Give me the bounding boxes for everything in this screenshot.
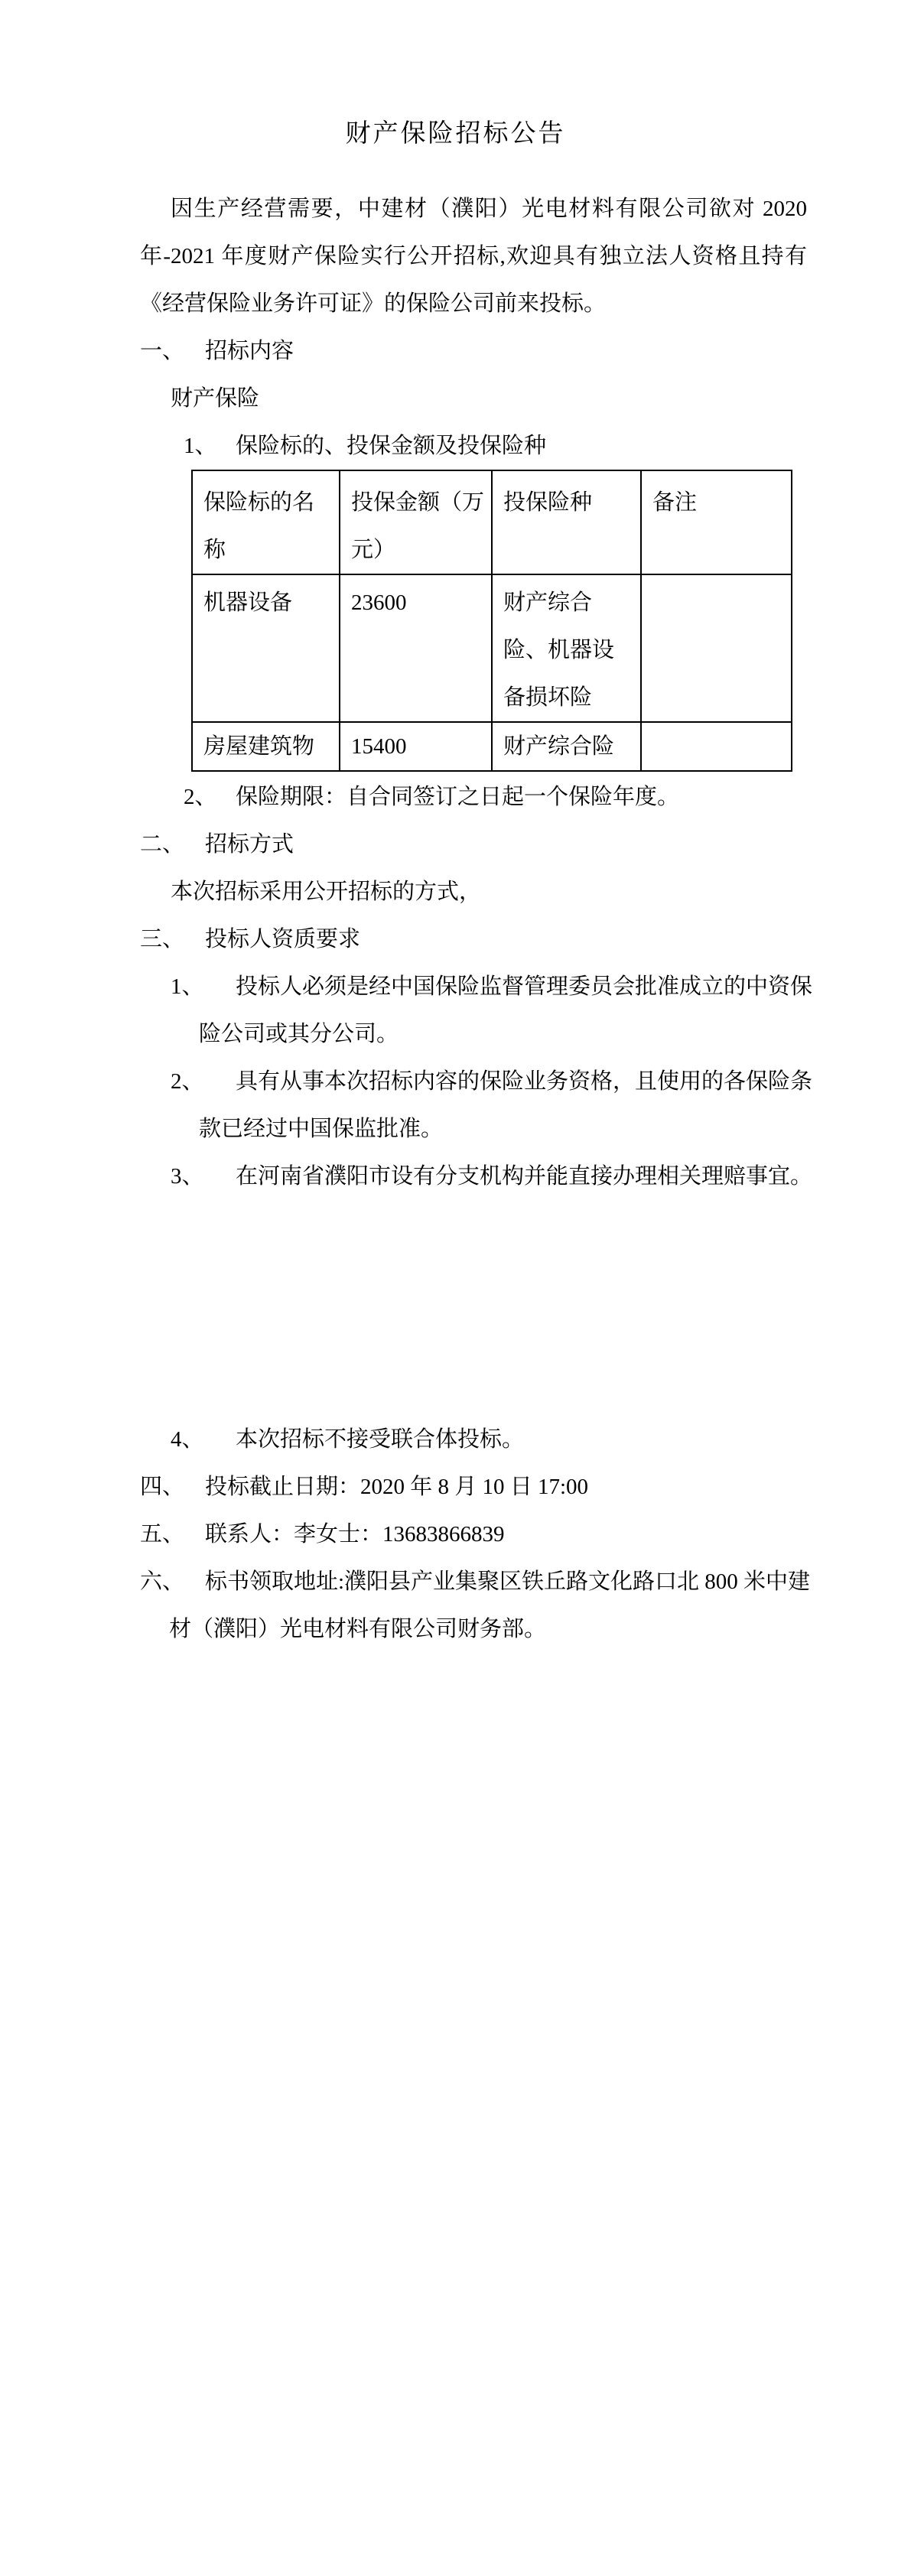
intro-paragraph: 因生产经营需要，中建材（濮阳）光电材料有限公司欲对 2020 年-2021 年度… <box>140 185 807 327</box>
section3-item4: 4、本次招标不接受联合体投标。 <box>199 1416 828 1463</box>
table-header-row: 保险标的名称 投保金额（万元） 投保险种 备注 <box>192 470 792 574</box>
table-cell-coverage: 财产综合险、机器设备损坏险 <box>492 574 641 722</box>
section3-item4-marker: 4、 <box>171 1416 236 1463</box>
section1-subheading: 财产保险 <box>171 375 813 422</box>
section1-item2-marker: 2、 <box>184 773 236 821</box>
section3-item2: 2、具有从事本次招标内容的保险业务资格，且使用的各保险条款已经过中国保监批准。 <box>199 1058 828 1153</box>
table-cell-remark <box>641 574 792 722</box>
section1-heading-label: 招标内容 <box>205 339 294 363</box>
document-page: 财产保险招标公告 因生产经营需要，中建材（濮阳）光电材料有限公司欲对 2020 … <box>0 0 911 2576</box>
section6-line: 六、标书领取地址:濮阳县产业集聚区铁丘路文化路口北 800 米中建材（濮阳）光电… <box>169 1558 828 1653</box>
section5-line: 五、联系人：李女士：13683866839 <box>169 1511 828 1558</box>
table-row: 房屋建筑物 15400 财产综合险 <box>192 722 792 771</box>
table-cell-subject: 房屋建筑物 <box>192 722 340 771</box>
section6-marker: 六、 <box>140 1558 205 1605</box>
section3-item1: 1、投标人必须是经中国保险监督管理委员会批准成立的中资保险公司或其分公司。 <box>199 963 828 1058</box>
section1-marker: 一、 <box>140 327 205 375</box>
section3-heading: 三、投标人资质要求 <box>169 916 828 963</box>
section6-text: 标书领取地址:濮阳县产业集聚区铁丘路文化路口北 800 米中建材（濮阳）光电材料… <box>169 1569 810 1641</box>
section3-item2-text: 具有从事本次招标内容的保险业务资格，且使用的各保险条款已经过中国保监批准。 <box>199 1069 812 1141</box>
section2-heading: 二、招标方式 <box>169 821 828 868</box>
section3-item1-text: 投标人必须是经中国保险监督管理委员会批准成立的中资保险公司或其分公司。 <box>199 974 812 1046</box>
table-row: 机器设备 23600 财产综合险、机器设备损坏险 <box>192 574 792 722</box>
insurance-table: 保险标的名称 投保金额（万元） 投保险种 备注 机器设备 23600 财产综合险… <box>191 470 792 772</box>
section4-text: 投标截止日期：2020 年 8 月 10 日 17:00 <box>205 1475 588 1499</box>
section3-heading-label: 投标人资质要求 <box>205 927 360 951</box>
section3-item1-marker: 1、 <box>171 963 236 1010</box>
section5-marker: 五、 <box>140 1511 205 1558</box>
section3-item3-text: 在河南省濮阳市设有分支机构并能直接办理相关理赔事宜。 <box>236 1164 812 1189</box>
section3-item4-text: 本次招标不接受联合体投标。 <box>236 1427 524 1452</box>
section2-marker: 二、 <box>140 821 205 868</box>
section3-item3: 3、在河南省濮阳市设有分支机构并能直接办理相关理赔事宜。 <box>199 1153 828 1200</box>
table-header-coverage: 投保险种 <box>492 470 641 574</box>
table-cell-amount: 23600 <box>340 574 492 722</box>
table-header-subject: 保险标的名称 <box>192 470 340 574</box>
page-title: 财产保险招标公告 <box>0 107 911 161</box>
section3-item2-marker: 2、 <box>171 1058 236 1105</box>
section3-marker: 三、 <box>140 916 205 963</box>
section1-item1-text: 保险标的、投保金额及投保险种 <box>236 434 546 458</box>
table-cell-subject: 机器设备 <box>192 574 340 722</box>
section4-line: 四、投标截止日期：2020 年 8 月 10 日 17:00 <box>169 1463 828 1511</box>
section1-item2: 2、保险期限：自合同签订之日起一个保险年度。 <box>199 773 828 821</box>
section4-marker: 四、 <box>140 1463 205 1511</box>
table-cell-amount: 15400 <box>340 722 492 771</box>
section5-text: 联系人：李女士：13683866839 <box>205 1522 505 1547</box>
section1-item1-marker: 1、 <box>184 422 236 470</box>
section1-item1: 1、保险标的、投保金额及投保险种 <box>199 422 828 470</box>
table-header-amount: 投保金额（万元） <box>340 470 492 574</box>
section2-heading-label: 招标方式 <box>205 832 294 857</box>
table-cell-remark <box>641 722 792 771</box>
table-cell-coverage: 财产综合险 <box>492 722 641 771</box>
section1-heading: 一、招标内容 <box>169 327 828 375</box>
section1-item2-text: 保险期限：自合同签订之日起一个保险年度。 <box>236 785 679 809</box>
table-header-remark: 备注 <box>641 470 792 574</box>
section2-body: 本次招标采用公开招标的方式， <box>171 868 813 916</box>
section3-item3-marker: 3、 <box>171 1153 236 1200</box>
